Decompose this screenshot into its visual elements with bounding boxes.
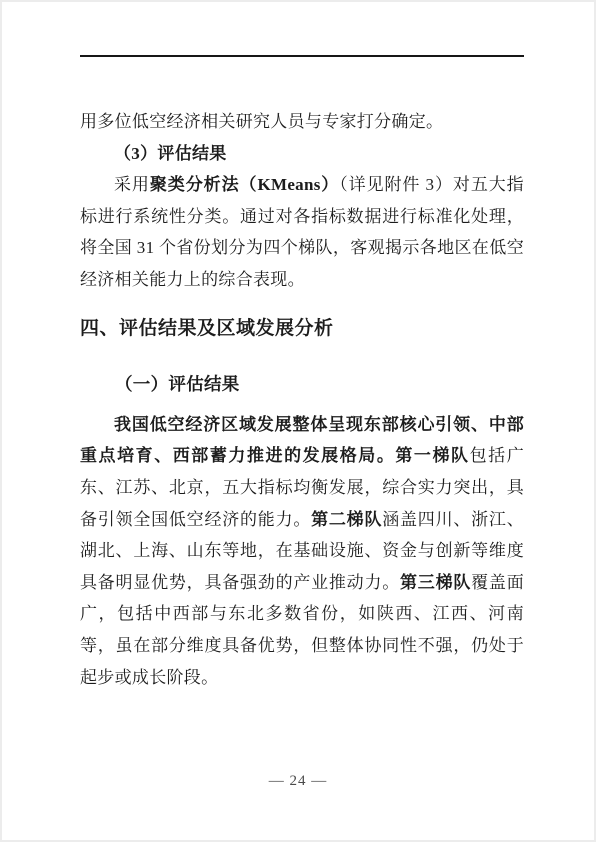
text-run: （3）评估结果 [114,144,227,163]
text-run: 用多位低空经济相关研究人员与专家打分确定。 [80,112,443,131]
header-rule [80,55,524,57]
text-run: 第三梯队 [400,573,471,592]
methodology-paragraph: 采用聚类分析法（KMeans）（详见附件 3）对五大指标进行系统性分类。通过对各… [80,169,524,295]
text-run: 第一梯队 [395,446,469,465]
text-run: 第二梯队 [311,510,382,529]
text-run: 聚类分析法（KMeans） [150,175,339,194]
continuation-paragraph: 用多位低空经济相关研究人员与专家打分确定。 [80,106,524,138]
subsection-3-heading: （3）评估结果 [80,138,524,170]
document-page: 用多位低空经济相关研究人员与专家打分确定。 （3）评估结果 采用聚类分析法（KM… [0,0,596,842]
text-run: 采用 [114,175,150,194]
page-number: — 24 — [2,773,594,790]
text-run: （一）评估结果 [115,374,240,394]
results-paragraph: 我国低空经济区域发展整体呈现东部核心引领、中部重点培育、西部蓄力推进的发展格局。… [80,409,524,693]
section-4-heading: 四、评估结果及区域发展分析 [80,313,524,345]
document-body: 用多位低空经济相关研究人员与专家打分确定。 （3）评估结果 采用聚类分析法（KM… [80,106,524,693]
subsection-1-heading: （一）评估结果 [80,369,524,401]
text-run: 四、评估结果及区域发展分析 [80,318,334,339]
